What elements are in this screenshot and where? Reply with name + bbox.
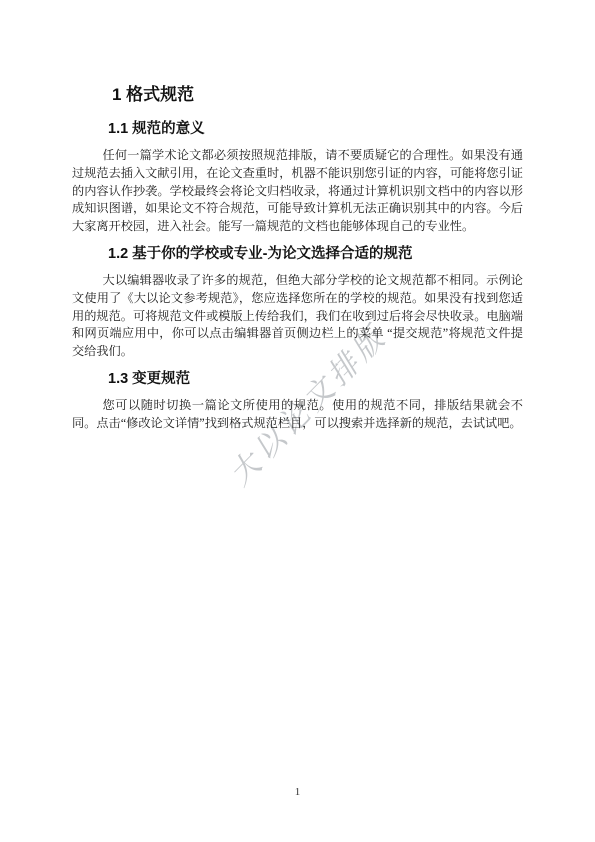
page-content: 1 格式规范 1.1 规范的意义 任何一篇学术论文都必须按照规范排版，请不要质疑… — [72, 0, 523, 433]
section-1-1: 1.1 规范的意义 任何一篇学术论文都必须按照规范排版，请不要质疑它的合理性。如… — [72, 119, 523, 236]
section-1-2: 1.2 基于你的学校或专业-为论文选择合适的规范 大以编辑器收录了许多的规范，但… — [72, 244, 523, 361]
section-heading-1-3: 1.3 变更规范 — [108, 369, 523, 389]
section-heading-1-2: 1.2 基于你的学校或专业-为论文选择合适的规范 — [108, 244, 523, 264]
paragraph-1-3: 您可以随时切换一篇论文所使用的规范。使用的规范不同，排版结果就会不同。点击“修改… — [72, 397, 523, 433]
chapter-heading: 1 格式规范 — [112, 84, 523, 106]
section-heading-1-1: 1.1 规范的意义 — [108, 119, 523, 139]
page-number: 1 — [0, 786, 595, 799]
paragraph-1-1: 任何一篇学术论文都必须按照规范排版，请不要质疑它的合理性。如果没有通过规范去插入… — [72, 147, 523, 236]
paragraph-1-2: 大以编辑器收录了许多的规范，但绝大部分学校的论文规范都不相同。示例论文使用了《大… — [72, 272, 523, 361]
document-page: 大以论文排版 1 格式规范 1.1 规范的意义 任何一篇学术论文都必须按照规范排… — [0, 0, 595, 842]
section-1-3: 1.3 变更规范 您可以随时切换一篇论文所使用的规范。使用的规范不同，排版结果就… — [72, 369, 523, 433]
